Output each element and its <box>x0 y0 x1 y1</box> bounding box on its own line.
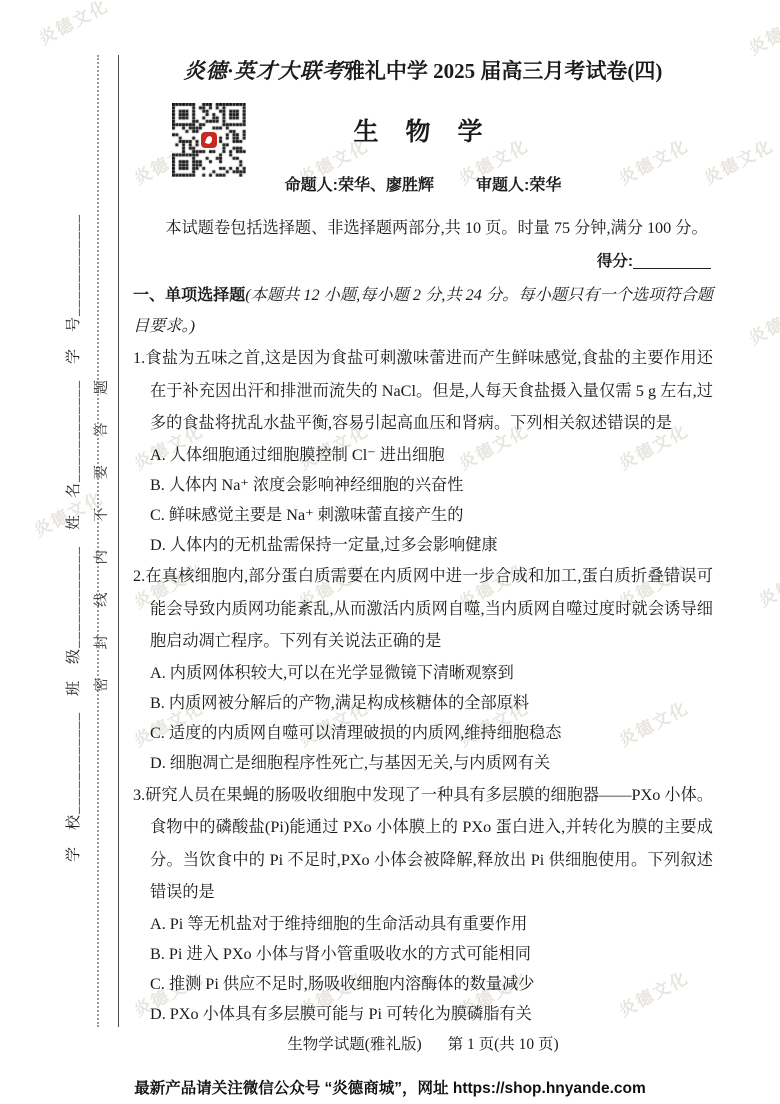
brand-flame-logo <box>201 132 217 148</box>
page-footer: 生物学试题(雅礼版)第 1 页(共 10 页) <box>133 1032 713 1054</box>
section-heading: 一、单项选择题(本题共 12 小题,每小题 2 分,共 24 分。每小题只有一个… <box>133 280 713 342</box>
exam-series-brand: 炎德·英才大联考 <box>184 59 344 83</box>
watermark-text: 炎德文化 <box>744 2 780 60</box>
question-3: 3.研究人员在果蝇的肠吸收细胞中发现了一种具有多层膜的细胞器——PXo 小体。食… <box>133 779 713 1030</box>
student-info-fields: 学 校____________ 班 级____________ 姓 名_____… <box>64 212 84 862</box>
exam-title-rest: 雅礼中学 2025 届高三月考试卷(四) <box>344 59 663 83</box>
question-2-stem: 2.在真核细胞内,部分蛋白质需要在内质网中进一步合成和加工,蛋白质折叠错误可能会… <box>133 560 713 658</box>
exam-content: 本试题卷包括选择题、非选择题两部分,共 10 页。时量 75 分钟,满分 100… <box>133 212 713 1029</box>
question-1-option-B: B. 人体内 Na⁺ 浓度会影响神经细胞的兴奋性 <box>133 470 713 500</box>
exam-notice: 本试题卷包括选择题、非选择题两部分,共 10 页。时量 75 分钟,满分 100… <box>133 212 713 245</box>
question-1-stem: 1.食盐为五味之首,这是因为食盐可刺激味蕾进而产生鲜味感觉,食盐的主要作用还在于… <box>133 342 713 440</box>
question-2-option-C: C. 适度的内质网自噬可以清理破损的内质网,维持细胞稳态 <box>133 718 713 748</box>
proposer-label: 命题人:荣华、廖胜辉 <box>285 177 434 194</box>
exam-title: 炎德·英才大联考雅礼中学 2025 届高三月考试卷(四) <box>133 55 713 85</box>
question-1: 1.食盐为五味之首,这是因为食盐可刺激味蕾进而产生鲜味感觉,食盐的主要作用还在于… <box>133 342 713 560</box>
watermark-text: 炎德文化 <box>754 554 780 612</box>
question-2-option-D: D. 细胞凋亡是细胞程序性死亡,与基因无关,与内质网有关 <box>133 748 713 778</box>
question-3-option-B: B. Pi 进入 PXo 小体与肾小管重吸收水的方式可能相同 <box>133 939 713 969</box>
reviewer-label: 审题人:荣华 <box>476 177 561 194</box>
watermark-text: 炎德文化 <box>34 0 113 49</box>
section-title: 一、单项选择题 <box>133 287 245 304</box>
question-2-option-B: B. 内质网被分解后的产物,满足构成核糖体的全部原料 <box>133 688 713 718</box>
questions: 1.食盐为五味之首,这是因为食盐可刺激味蕾进而产生鲜味感觉,食盐的主要作用还在于… <box>133 342 713 1029</box>
score-row: 得分: <box>133 251 711 272</box>
seal-line-text: 密封线内不要答题 <box>92 348 112 692</box>
question-1-option-A: A. 人体细胞通过细胞膜控制 Cl⁻ 进出细胞 <box>133 440 713 470</box>
exam-paper-page: 炎德文化炎德文化炎德文化炎德文化炎德文化炎德文化炎德文化炎德文化炎德文化炎德文化… <box>0 0 780 1104</box>
question-2: 2.在真核细胞内,部分蛋白质需要在内质网中进一步合成和加工,蛋白质折叠错误可能会… <box>133 560 713 778</box>
question-2-option-A: A. 内质网体积较大,可以在光学显微镜下清晰观察到 <box>133 658 713 688</box>
question-3-stem: 3.研究人员在果蝇的肠吸收细胞中发现了一种具有多层膜的细胞器——PXo 小体。食… <box>133 779 713 909</box>
question-1-option-D: D. 人体内的无机盐需保持一定量,过多会影响健康 <box>133 530 713 560</box>
footer-page-info: 第 1 页(共 10 页) <box>448 1036 559 1053</box>
question-3-option-D: D. PXo 小体具有多层膜可能与 Pi 可转化为膜磷脂有关 <box>133 999 713 1029</box>
question-3-option-A: A. Pi 等无机盐对于维持细胞的生命活动具有重要作用 <box>133 909 713 939</box>
question-3-option-C: C. 推测 Pi 供应不足时,肠吸收细胞内溶酶体的数量减少 <box>133 969 713 999</box>
promo-banner: 最新产品请关注微信公众号 “炎德商城”，网址 https://shop.hnya… <box>0 1076 780 1098</box>
seal-solid-line <box>118 55 119 1027</box>
score-blank-line <box>633 252 711 269</box>
qr-code <box>172 103 246 177</box>
score-label: 得分: <box>597 253 633 270</box>
watermark-text: 炎德文化 <box>744 292 780 350</box>
question-1-option-C: C. 鲜味感觉主要是 Na⁺ 刺激味蕾直接产生的 <box>133 500 713 530</box>
footer-doc-label: 生物学试题(雅礼版) <box>287 1036 421 1053</box>
